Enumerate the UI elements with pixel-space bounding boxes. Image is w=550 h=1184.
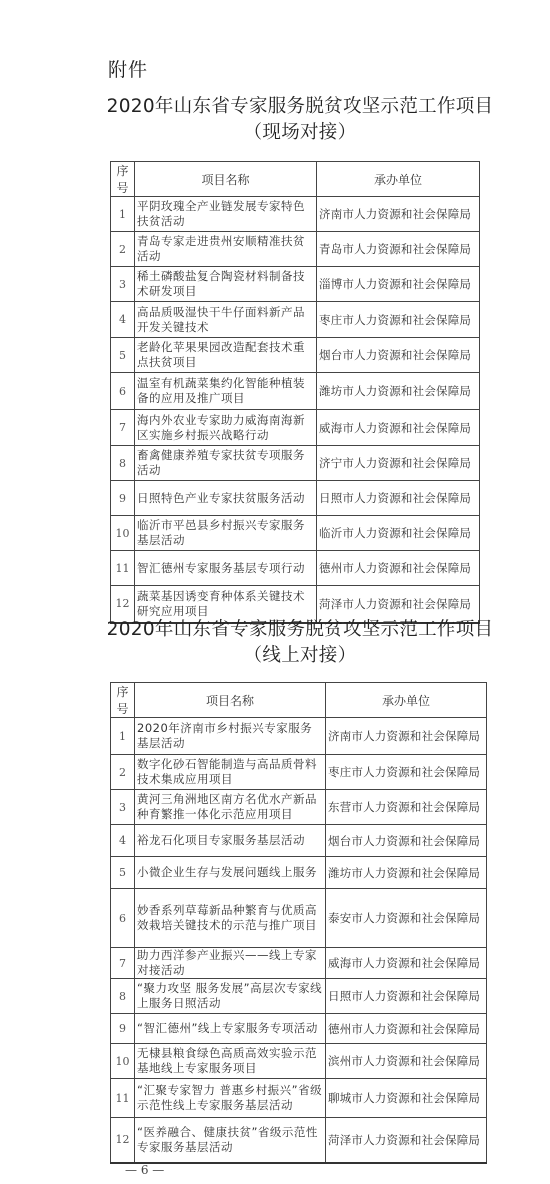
table-header-row: 序号 项目名称 承办单位 [111,162,480,197]
table-row: 11智汇德州专家服务基层专项行动德州市人力资源和社会保障局 [111,551,480,586]
row-number: 9 [111,481,135,516]
section-1-title: 2020年山东省专家服务脱贫攻坚示范工作项目 （现场对接） [80,94,520,146]
organizer: 潍坊市人力资源和社会保障局 [317,373,480,410]
table-row: 7海内外农业专家助力威海南海新区实施乡村振兴战略行动威海市人力资源和社会保障局 [111,410,480,446]
organizer: 菏泽市人力资源和社会保障局 [326,1118,487,1163]
organizer: 威海市人力资源和社会保障局 [317,410,480,446]
organizer: 潍坊市人力资源和社会保障局 [326,857,487,889]
row-number: 3 [111,267,135,302]
section-1-title-line2: （现场对接） [80,120,520,146]
organizer: 淄博市人力资源和社会保障局 [317,267,480,302]
project-name: 数字化砂石智能制造与高品质骨料技术集成应用项目 [135,755,326,790]
row-number: 5 [111,338,135,373]
project-name: 临沂市平邑县乡村振兴专家服务基层活动 [135,516,317,551]
organizer: 临沂市人力资源和社会保障局 [317,516,480,551]
table-row: 5老龄化苹果果园改造配套技术重点扶贫项目烟台市人力资源和社会保障局 [111,338,480,373]
online-projects-table: 序号 项目名称 承办单位 12020年济南市乡村振兴专家服务基层活动济南市人力资… [110,682,487,1164]
table-row: 12020年济南市乡村振兴专家服务基层活动济南市人力资源和社会保障局 [111,718,487,755]
project-name: “聚力攻坚 服务发展”高层次专家线上服务日照活动 [135,979,326,1014]
organizer: 东营市人力资源和社会保障局 [326,790,487,825]
organizer: 青岛市人力资源和社会保障局 [317,232,480,267]
table-row: 2青岛专家走进贵州安顺精准扶贫活动青岛市人力资源和社会保障局 [111,232,480,267]
organizer: 烟台市人力资源和社会保障局 [317,338,480,373]
row-number: 11 [111,551,135,586]
organizer: 聊城市人力资源和社会保障局 [326,1079,487,1118]
section-1-title-line1: 2020年山东省专家服务脱贫攻坚示范工作项目 [80,94,520,120]
row-number: 2 [111,232,135,267]
project-name: 老龄化苹果果园改造配套技术重点扶贫项目 [135,338,317,373]
row-number: 1 [111,197,135,232]
table-row: 8“聚力攻坚 服务发展”高层次专家线上服务日照活动日照市人力资源和社会保障局 [111,979,487,1014]
project-name: 智汇德州专家服务基层专项行动 [135,551,317,586]
header-organizer: 承办单位 [326,683,487,718]
row-number: 9 [111,1014,135,1044]
table-header-row: 序号 项目名称 承办单位 [111,683,487,718]
project-name: 温室有机蔬菜集约化智能种植装备的应用及推广项目 [135,373,317,410]
table-row: 4裕龙石化项目专家服务基层活动烟台市人力资源和社会保障局 [111,825,487,857]
table-row: 4高品质吸湿快干牛仔面料新产品开发关键技术枣庄市人力资源和社会保障局 [111,302,480,338]
attachment-label: 附件 [108,55,148,82]
table-row: 6妙香系列草莓新品种繁育与优质高效栽培关键技术的示范与推广项目泰安市人力资源和社… [111,889,487,948]
organizer: 烟台市人力资源和社会保障局 [326,825,487,857]
row-number: 6 [111,373,135,410]
project-name: 无棣县粮食绿色高质高效实验示范基地线上专家服务项目 [135,1044,326,1079]
project-name: 高品质吸湿快干牛仔面料新产品开发关键技术 [135,302,317,338]
row-number: 8 [111,979,135,1014]
project-name: “医养融合、健康扶贫”省级示范性专家服务基层活动 [135,1118,326,1163]
organizer: 德州市人力资源和社会保障局 [317,551,480,586]
header-organizer: 承办单位 [317,162,480,197]
table-row: 9日照特色产业专家扶贫服务活动日照市人力资源和社会保障局 [111,481,480,516]
row-number: 12 [111,1118,135,1163]
table-row: 3黄河三角洲地区南方名优水产新品种育繁推一体化示范应用项目东营市人力资源和社会保… [111,790,487,825]
project-name: 裕龙石化项目专家服务基层活动 [135,825,326,857]
project-name: 畜禽健康养殖专家扶贫专项服务活动 [135,446,317,481]
project-name: 妙香系列草莓新品种繁育与优质高效栽培关键技术的示范与推广项目 [135,889,326,948]
table-row: 11“汇聚专家智力 普惠乡村振兴”省级示范性线上专家服务基层活动聊城市人力资源和… [111,1079,487,1118]
project-name: 平阴玫瑰全产业链发展专家特色扶贫活动 [135,197,317,232]
row-number: 7 [111,410,135,446]
header-no: 序号 [111,683,135,718]
row-number: 5 [111,857,135,889]
organizer: 滨州市人力资源和社会保障局 [326,1044,487,1079]
table-row: 6温室有机蔬菜集约化智能种植装备的应用及推广项目潍坊市人力资源和社会保障局 [111,373,480,410]
onsite-projects-table: 序号 项目名称 承办单位 1平阴玫瑰全产业链发展专家特色扶贫活动济南市人力资源和… [110,161,480,624]
row-number: 2 [111,755,135,790]
table-row: 12“医养融合、健康扶贫”省级示范性专家服务基层活动菏泽市人力资源和社会保障局 [111,1118,487,1163]
section-2-title-line1: 2020年山东省专家服务脱贫攻坚示范工作项目 [80,617,520,643]
project-name: “汇聚专家智力 普惠乡村振兴”省级示范性线上专家服务基层活动 [135,1079,326,1118]
row-number: 6 [111,889,135,948]
page-number: — 6 — [125,1163,164,1177]
table-row: 10无棣县粮食绿色高质高效实验示范基地线上专家服务项目滨州市人力资源和社会保障局 [111,1044,487,1079]
project-name: 2020年济南市乡村振兴专家服务基层活动 [135,718,326,755]
organizer: 枣庄市人力资源和社会保障局 [317,302,480,338]
project-name: 青岛专家走进贵州安顺精准扶贫活动 [135,232,317,267]
table-row: 10临沂市平邑县乡村振兴专家服务基层活动临沂市人力资源和社会保障局 [111,516,480,551]
project-name: “智汇德州”线上专家服务专项活动 [135,1014,326,1044]
project-name: 海内外农业专家助力威海南海新区实施乡村振兴战略行动 [135,410,317,446]
row-number: 3 [111,790,135,825]
section-2-title-line2: （线上对接） [80,643,520,669]
table-row: 9“智汇德州”线上专家服务专项活动德州市人力资源和社会保障局 [111,1014,487,1044]
row-number: 4 [111,302,135,338]
row-number: 11 [111,1079,135,1118]
organizer: 泰安市人力资源和社会保障局 [326,889,487,948]
organizer: 济南市人力资源和社会保障局 [326,718,487,755]
row-number: 10 [111,1044,135,1079]
organizer: 德州市人力资源和社会保障局 [326,1014,487,1044]
header-no: 序号 [111,162,135,197]
project-name: 稀土磷酸盐复合陶瓷材料制备技术研发项目 [135,267,317,302]
section-2-title: 2020年山东省专家服务脱贫攻坚示范工作项目 （线上对接） [80,617,520,669]
row-number: 4 [111,825,135,857]
table-row: 1平阴玫瑰全产业链发展专家特色扶贫活动济南市人力资源和社会保障局 [111,197,480,232]
project-name: 黄河三角洲地区南方名优水产新品种育繁推一体化示范应用项目 [135,790,326,825]
row-number: 7 [111,948,135,979]
organizer: 济宁市人力资源和社会保障局 [317,446,480,481]
organizer: 威海市人力资源和社会保障局 [326,948,487,979]
organizer: 日照市人力资源和社会保障局 [317,481,480,516]
project-name: 小微企业生存与发展问题线上服务 [135,857,326,889]
project-name: 助力西洋参产业振兴——线上专家对接活动 [135,948,326,979]
organizer: 日照市人力资源和社会保障局 [326,979,487,1014]
row-number: 10 [111,516,135,551]
header-project-name: 项目名称 [135,162,317,197]
project-name: 日照特色产业专家扶贫服务活动 [135,481,317,516]
organizer: 枣庄市人力资源和社会保障局 [326,755,487,790]
table-row: 3稀土磷酸盐复合陶瓷材料制备技术研发项目淄博市人力资源和社会保障局 [111,267,480,302]
table-row: 2数字化砂石智能制造与高品质骨料技术集成应用项目枣庄市人力资源和社会保障局 [111,755,487,790]
header-project-name: 项目名称 [135,683,326,718]
table-row: 8畜禽健康养殖专家扶贫专项服务活动济宁市人力资源和社会保障局 [111,446,480,481]
table-row: 5小微企业生存与发展问题线上服务潍坊市人力资源和社会保障局 [111,857,487,889]
organizer: 济南市人力资源和社会保障局 [317,197,480,232]
row-number: 8 [111,446,135,481]
table-row: 7助力西洋参产业振兴——线上专家对接活动威海市人力资源和社会保障局 [111,948,487,979]
row-number: 1 [111,718,135,755]
